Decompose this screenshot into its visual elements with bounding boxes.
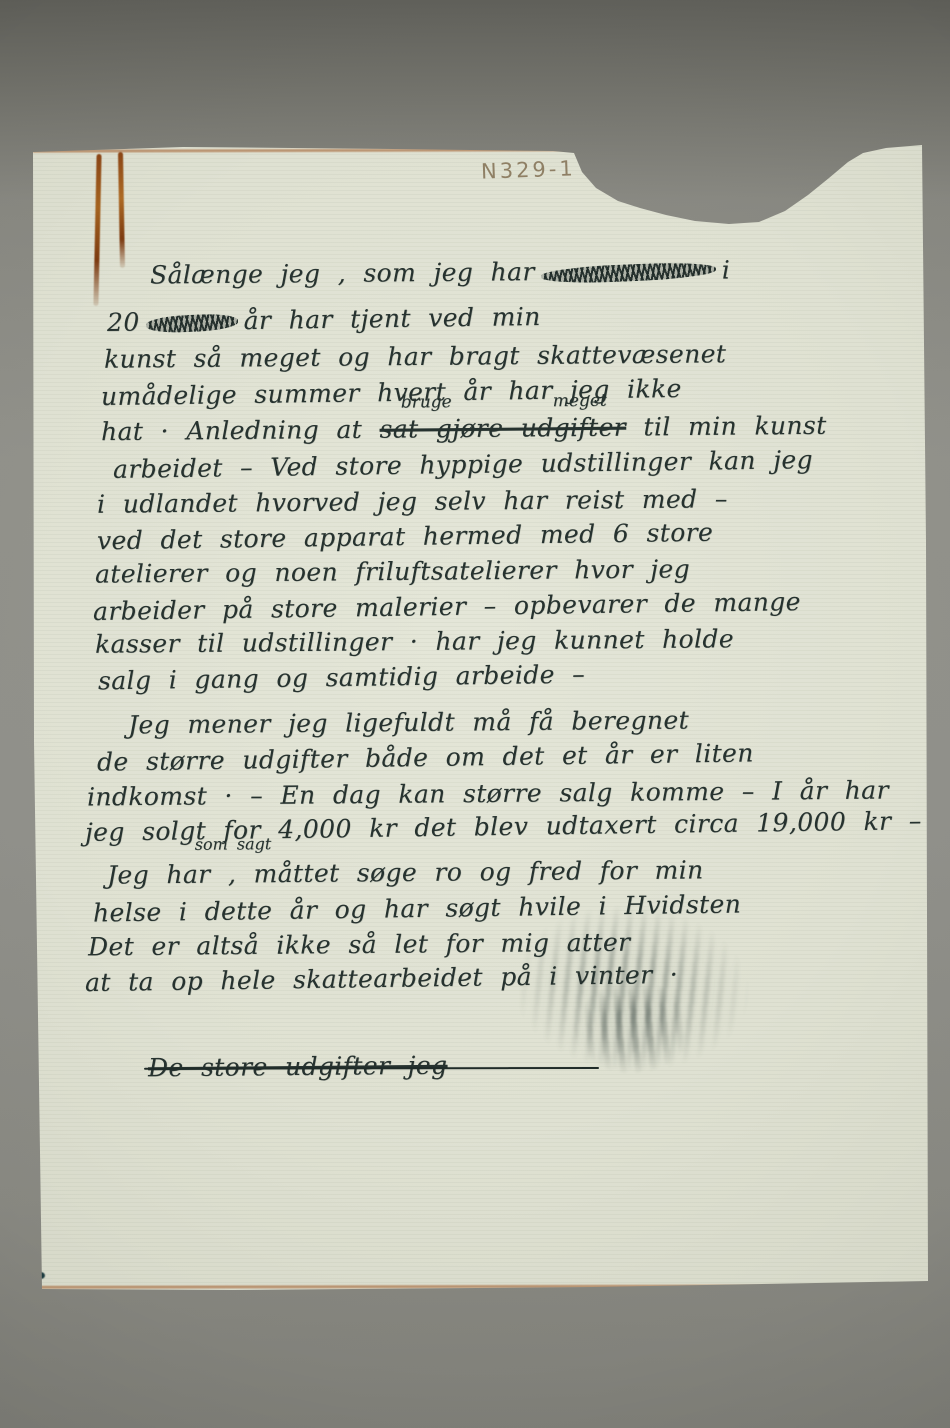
handwritten-line: salg i gang og samtidig arbeide – xyxy=(98,660,585,696)
handwritten-line: ved det store apparat hermed med 6 store xyxy=(97,518,714,556)
handwritten-line: Jeg mener jeg ligefuldt må få beregnet xyxy=(128,706,689,740)
handwritten-line: 20år har tjent ved min xyxy=(107,302,541,337)
handwritten-line: som sagt Jeg har , måttet søge ro og fre… xyxy=(107,855,704,889)
rust-stain-right xyxy=(118,152,125,268)
line-text: Sålænge jeg , som jeg har xyxy=(150,257,535,289)
interlinear-insertion: som sagt xyxy=(195,834,272,854)
line-text: til min kunst xyxy=(643,411,826,442)
handwritten-line: bruge meget hat · Anledning at sat gjøre… xyxy=(101,411,827,446)
manuscript-page: N329-1 Sålænge jeg , som jeg hari 20år h… xyxy=(33,142,928,1290)
handwritten-line: kunst så meget og har bragt skattevæsene… xyxy=(104,339,727,373)
catalog-number-label: N329-1 xyxy=(481,156,577,183)
handwritten-line: arbeidet – Ved store hyppige udstillinge… xyxy=(113,445,813,484)
interlinear-insertion: meget xyxy=(553,391,607,411)
scribbled-out-word xyxy=(540,261,716,286)
line-text: 20 xyxy=(107,308,140,337)
handwritten-line: i udlandet hvorved jeg selv har reist me… xyxy=(97,484,728,519)
struck-through-text: sat gjøre udgifter xyxy=(379,413,626,444)
handwritten-line: Sålænge jeg , som jeg hari xyxy=(150,255,730,289)
handwritten-line: de større udgifter både om det et år er … xyxy=(97,738,754,776)
paper-edge-discoloration-top xyxy=(33,148,575,152)
handwritten-line: kasser til udstillinger · har jeg kunnet… xyxy=(95,624,734,659)
handwritten-line: indkomst · – En dag kan større salg komm… xyxy=(87,776,889,812)
paper-edge-discoloration-bottom xyxy=(41,1284,925,1289)
handwritten-line: arbeider på store malerier – opbevarer d… xyxy=(93,587,801,626)
line-text: år har tjent ved min xyxy=(243,302,540,335)
ink-mark-left-edge xyxy=(36,1272,45,1279)
strike-line xyxy=(144,1067,599,1070)
interlinear-insertion: bruge xyxy=(401,392,452,412)
line-text: Jeg har , måttet søge ro og fred for min xyxy=(107,855,704,889)
scribbled-out-word xyxy=(145,313,238,334)
photograph-background: N329-1 Sålænge jeg , som jeg hari 20år h… xyxy=(0,0,950,1428)
handwritten-line-struck: De store udgifter jeg xyxy=(148,1051,448,1083)
rust-stain-left xyxy=(93,154,101,306)
handwritten-line: atelierer og noen friluftsatelierer hvor… xyxy=(95,554,690,588)
line-text: i xyxy=(722,255,731,284)
line-text: hat · Anledning at xyxy=(101,415,362,446)
ink-smudge xyxy=(571,977,696,1078)
